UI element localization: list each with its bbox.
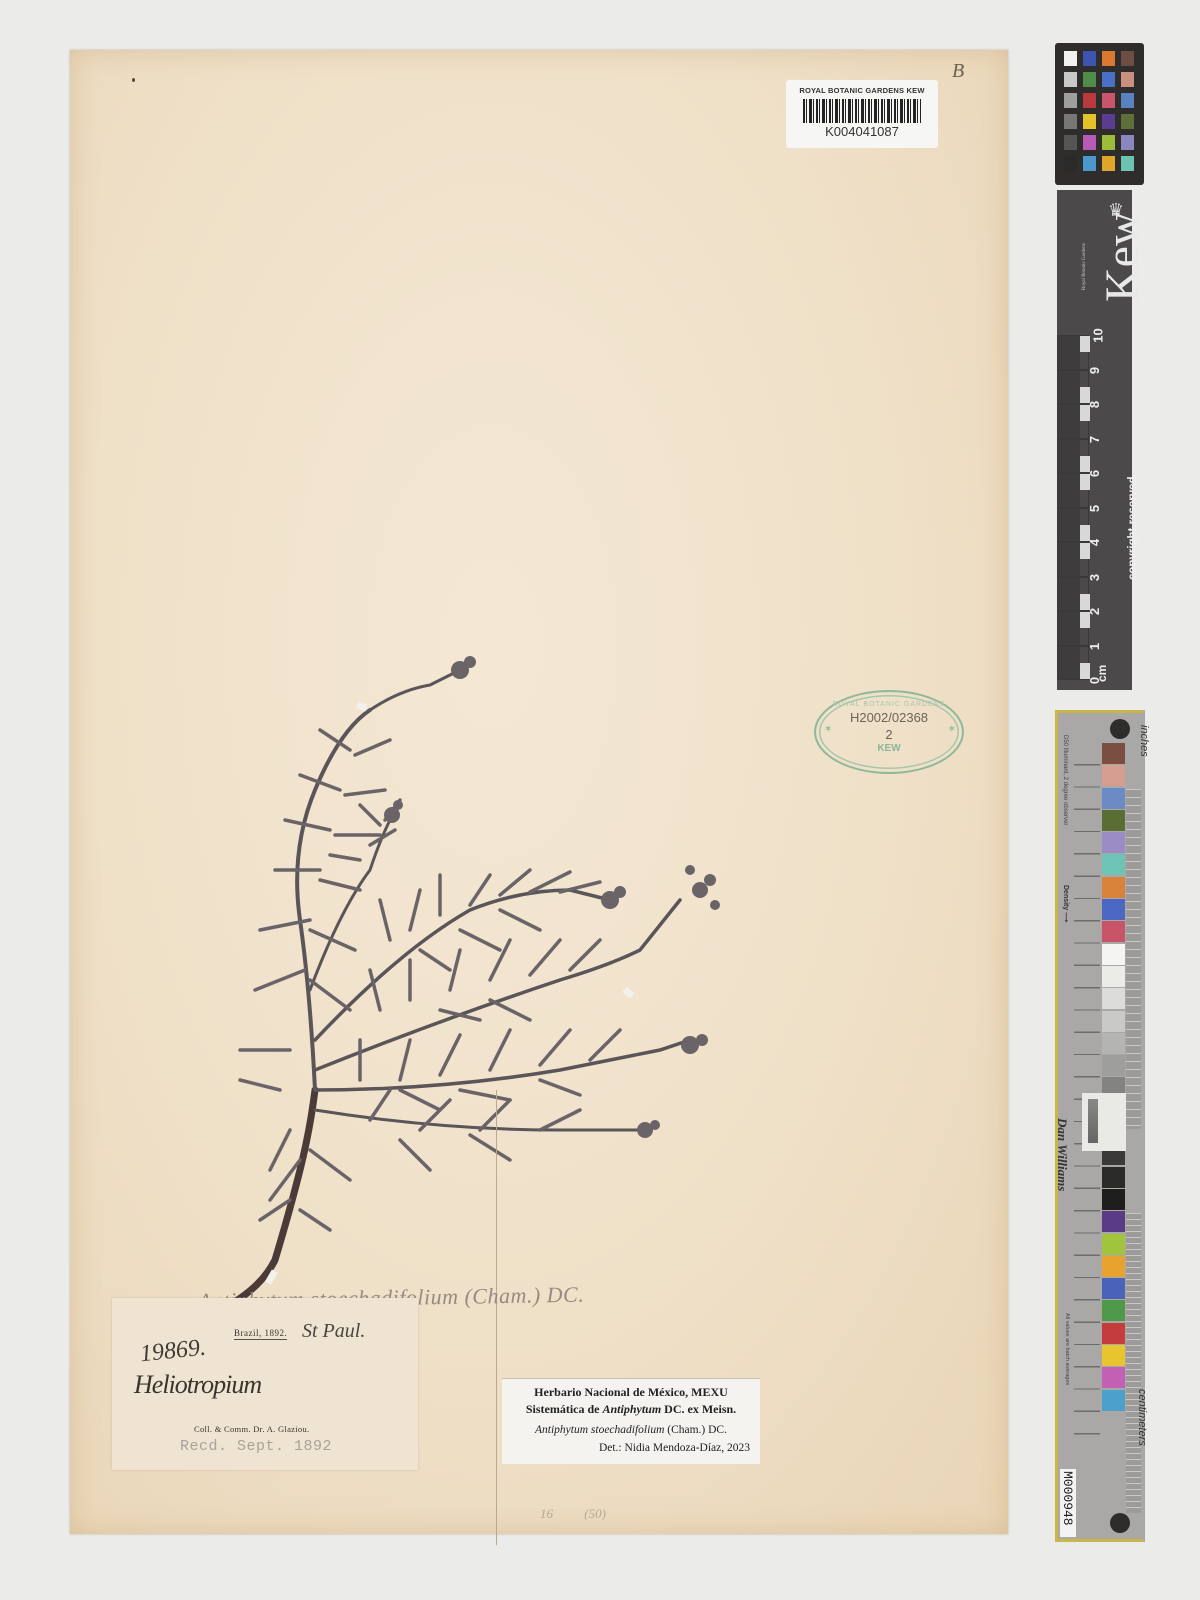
- kew-scale-bar: ♛ Royal Botanic Gardens Kew 012345678910…: [1057, 190, 1132, 690]
- ruler-block: [1058, 405, 1080, 438]
- paper-speck: [132, 78, 135, 82]
- color-swatch: [1102, 51, 1115, 66]
- color-swatch: [1064, 135, 1077, 150]
- density-swatch: [1102, 788, 1125, 809]
- density-swatch: [1102, 966, 1125, 987]
- color-swatch: [1102, 72, 1115, 87]
- ruler-block: [1058, 543, 1080, 576]
- ruler-segment: [1057, 404, 1089, 439]
- illuminant-note: D50 Illuminant, 2 degree observer: [1062, 735, 1068, 825]
- density-swatch: [1102, 899, 1125, 920]
- plant-specimen: [140, 570, 760, 1350]
- barcode-label: ROYAL BOTANIC GARDENS KEW K004041087: [786, 80, 938, 148]
- color-swatch: [1064, 93, 1077, 108]
- color-swatch: [1064, 72, 1077, 87]
- det-project-prefix: Sistemática de: [526, 1402, 603, 1416]
- ruler-segment: [1057, 473, 1089, 508]
- herbarium-sheet: B ROYAL BOTANIC GARDENS KEW K004041087 ✶…: [70, 50, 1008, 1534]
- collection-number: 19869.: [139, 1335, 207, 1369]
- received-stamp: Recd. Sept. 1892: [180, 1438, 332, 1455]
- stamp-accession: H2002/02368: [816, 710, 962, 725]
- density-color-strip: D50 Illuminant, 2 degree observer inches…: [1055, 710, 1145, 1542]
- color-checker: [1055, 43, 1144, 185]
- det-project-genus: Antiphytum: [602, 1402, 661, 1416]
- density-swatch: [1102, 1234, 1125, 1255]
- inch-scale: [1126, 789, 1141, 1129]
- ruler-block: [1058, 509, 1080, 542]
- det-herbarium: Herbario Nacional de México, MEXU: [502, 1385, 760, 1400]
- density-swatch: [1102, 854, 1125, 875]
- density-swatch: [1102, 1367, 1125, 1388]
- density-swatch: [1102, 1300, 1125, 1321]
- ruler-tick-label: 2: [1087, 608, 1102, 615]
- density-swatch: [1102, 988, 1125, 1009]
- ruler-tick-label: 9: [1087, 366, 1102, 373]
- density-swatch: [1102, 743, 1125, 764]
- ruler-block: [1058, 578, 1080, 611]
- color-swatch: [1064, 156, 1077, 171]
- density-swatch: [1102, 1390, 1125, 1411]
- det-taxon-author: (Cham.) DC.: [664, 1424, 727, 1436]
- kew-subtitle: Royal Botanic Gardens: [1082, 243, 1087, 290]
- catalog-number-label: M000948: [1060, 1469, 1076, 1537]
- pencil-notes: 16 (50): [540, 1506, 634, 1522]
- pencil-note: (50): [584, 1506, 606, 1521]
- density-swatch: [1102, 1323, 1125, 1344]
- density-swatch: [1102, 1256, 1125, 1277]
- star-icon: ✶: [948, 724, 956, 735]
- det-determiner: Det.: Nidia Mendoza-Díaz, 2023: [502, 1442, 760, 1454]
- color-swatch: [1102, 156, 1115, 171]
- unit-label: cm: [1095, 665, 1109, 682]
- cm-ruler: [1057, 335, 1089, 680]
- ruler-block: [1058, 647, 1080, 680]
- color-swatch: [1083, 51, 1096, 66]
- density-swatch: [1102, 765, 1125, 786]
- accession-stamp: ✶ ✶ ROYAL BOTANIC GARDENS H2002/02368 2 …: [814, 690, 964, 774]
- ruler-half-mark: [1080, 336, 1090, 352]
- stamp-place: KEW: [816, 743, 962, 754]
- density-swatch: [1102, 810, 1125, 831]
- density-swatch: [1102, 1278, 1125, 1299]
- color-swatch: [1121, 135, 1134, 150]
- ruler-block: [1058, 612, 1080, 645]
- ruler-tick-label: 10: [1091, 328, 1106, 342]
- color-swatch: [1064, 114, 1077, 129]
- ruler-segment: [1057, 508, 1089, 543]
- color-swatch: [1102, 114, 1115, 129]
- color-swatch: [1121, 93, 1134, 108]
- genus-note: Heliotropium: [134, 1370, 261, 1400]
- ruler-segment: [1057, 611, 1089, 646]
- stamp-arc-text: ROYAL BOTANIC GARDENS: [816, 701, 962, 708]
- color-swatch: [1121, 72, 1134, 87]
- step-wedge: [1082, 1093, 1126, 1151]
- ruler-tick-label: 1: [1087, 642, 1102, 649]
- ruler-block: [1058, 440, 1080, 473]
- pencil-line: [496, 1090, 497, 1545]
- ruler-segment: [1057, 646, 1089, 681]
- country-year: Brazil, 1892.: [234, 1328, 287, 1340]
- registration-dot-icon: [1110, 719, 1130, 739]
- ruler-tick-label: 7: [1087, 435, 1102, 442]
- batch-note: All values are batch averages: [1064, 1313, 1070, 1385]
- ruler-tick-label: 5: [1087, 504, 1102, 511]
- density-swatch: [1102, 1189, 1125, 1210]
- density-swatch: [1102, 1011, 1125, 1032]
- ruler-block: [1058, 474, 1080, 507]
- density-swatch: [1102, 921, 1125, 942]
- color-swatch: [1083, 72, 1096, 87]
- star-icon: ✶: [824, 724, 832, 735]
- density-swatch: [1102, 1211, 1125, 1232]
- color-swatch: [1102, 93, 1115, 108]
- registration-dot-icon: [1110, 1513, 1130, 1533]
- color-swatch: [1121, 156, 1134, 171]
- corner-mark: B: [952, 60, 964, 83]
- inches-label: inches: [1138, 725, 1150, 757]
- stamp-number: 2: [816, 727, 962, 742]
- catalog-number: M000948: [1060, 1471, 1075, 1526]
- ruler-tick-label: 6: [1087, 470, 1102, 477]
- density-swatch: [1102, 1033, 1125, 1054]
- color-swatches: [1102, 743, 1125, 1412]
- det-project: Sistemática de Antiphytum DC. ex Meisn.: [502, 1402, 760, 1417]
- ruler-block: [1058, 371, 1080, 404]
- original-collection-label: 19869. Brazil, 1892. St Paul. Heliotropi…: [112, 1298, 418, 1470]
- det-taxon-name: Antiphytum stoechadifolium: [535, 1424, 664, 1436]
- density-label: Density ⟶: [1062, 885, 1070, 922]
- cm-scale: [1126, 1213, 1141, 1513]
- color-swatch: [1121, 51, 1134, 66]
- brand-label: Dan Williams: [1054, 1118, 1070, 1191]
- kew-wordmark: Kew: [1095, 211, 1150, 302]
- institution-label: ROYAL BOTANIC GARDENS KEW: [786, 86, 938, 95]
- color-swatch: [1102, 135, 1115, 150]
- color-swatch: [1121, 114, 1134, 129]
- color-swatch: [1064, 51, 1077, 66]
- wedge: [1088, 1099, 1098, 1143]
- ruler-segment: [1057, 542, 1089, 577]
- density-swatch: [1102, 944, 1125, 965]
- copyright-notice: copyright reserved: [1127, 476, 1139, 580]
- ruler-tick-label: 4: [1087, 539, 1102, 546]
- ruler-segment: [1057, 335, 1089, 370]
- color-swatch: [1083, 114, 1096, 129]
- color-swatch: [1083, 135, 1096, 150]
- density-swatch: [1102, 1055, 1125, 1076]
- ruler-numbers: 012345678910: [1091, 335, 1111, 680]
- density-swatch: [1102, 1167, 1125, 1188]
- locality: St Paul.: [302, 1320, 365, 1343]
- density-swatch: [1102, 877, 1125, 898]
- color-swatch: [1083, 93, 1096, 108]
- ruler-segment: [1057, 370, 1089, 405]
- ruler-tick-label: 3: [1087, 573, 1102, 580]
- collector: Coll. & Comm. Dr. A. Glaziou.: [194, 1424, 309, 1434]
- det-project-suffix: DC. ex Meisn.: [661, 1402, 736, 1416]
- barcode-number: K004041087: [786, 124, 938, 139]
- ruler-segment: [1057, 439, 1089, 474]
- det-taxon: Antiphytum stoechadifolium (Cham.) DC.: [502, 1424, 760, 1436]
- density-swatch: [1102, 1345, 1125, 1366]
- ruler-segment: [1057, 577, 1089, 612]
- barcode-icon: [803, 99, 921, 123]
- centimeters-label: centimeters: [1136, 1389, 1148, 1446]
- color-swatch: [1083, 156, 1096, 171]
- ruler-block: [1058, 336, 1080, 369]
- pencil-note: 16: [540, 1506, 553, 1521]
- density-swatch: [1102, 832, 1125, 853]
- ruler-tick-label: 8: [1087, 401, 1102, 408]
- determination-label: Herbario Nacional de México, MEXU Sistem…: [502, 1378, 760, 1464]
